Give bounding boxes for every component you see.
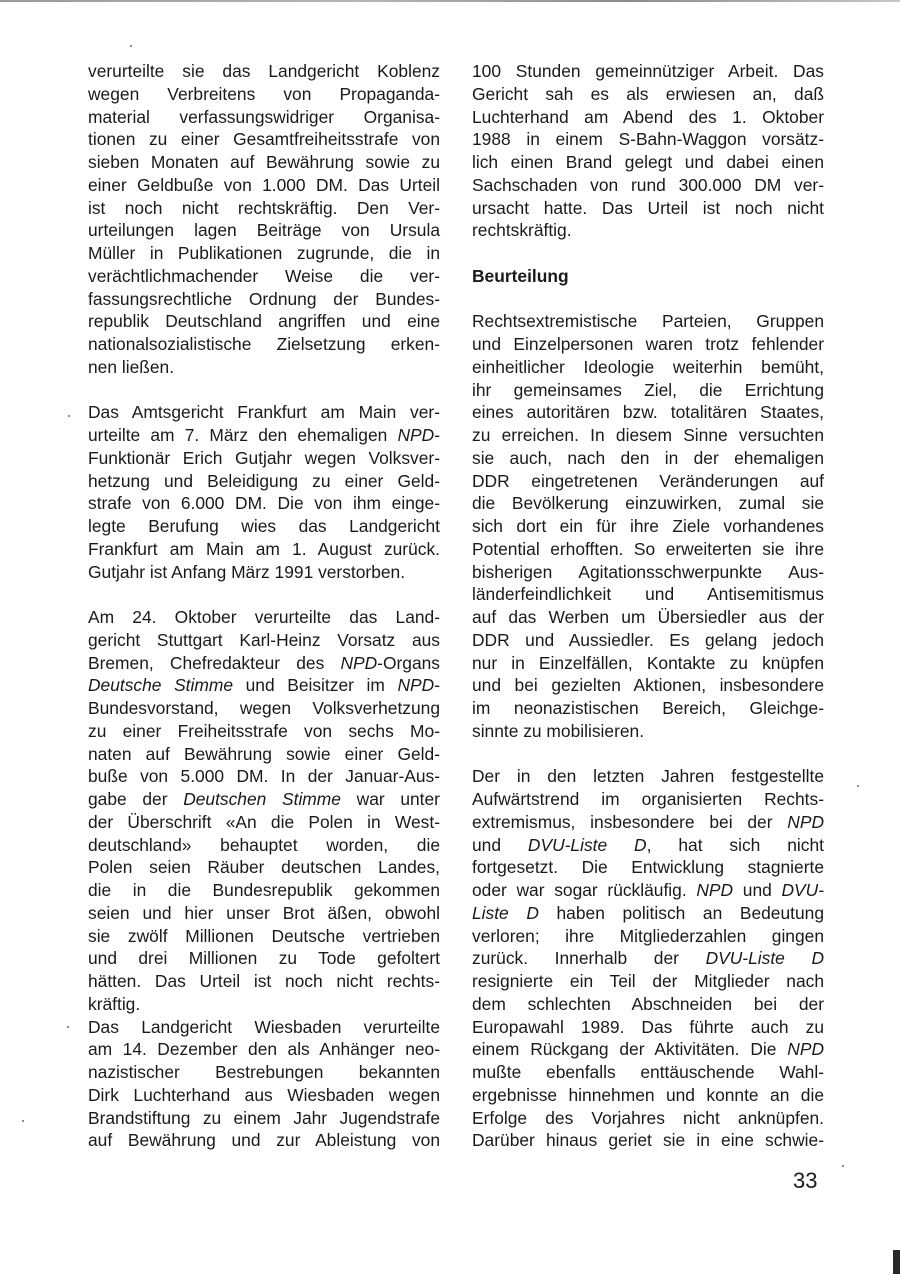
text-line: am 14. Dezember den als Anhänger neo- [88,1038,440,1061]
text-line: einheitlicher Ideologie weiterhin bemüht… [472,356,824,379]
page-number: 33 [793,1168,817,1194]
text-line-italic: zurück. Innerhalb der DVU-Liste D [472,947,824,970]
text-line: auf das Werben um Übersiedler aus der [472,606,824,629]
paragraph-stuttgart-verdict: Am 24. Oktober verurteilte das Land- ger… [88,606,440,1016]
paragraph-wiesbaden-verdict: Das Landgericht Wiesbaden verurteilte am… [88,1016,440,1153]
text-line: rechtskräftig. [472,219,824,242]
text-line: bisherigen Agitationsschwerpunkte Aus- [472,561,824,584]
text-line-italic: einem Rückgang der Aktivitäten. Die NPD [472,1038,824,1061]
text-line: Europawahl 1989. Das führte auch zu [472,1016,824,1039]
scan-speck [22,1120,24,1122]
paragraph-trend-assessment: Der in den letzten Jahren festgestellte … [472,765,824,1152]
text-line: Das Landgericht Wiesbaden verurteilte [88,1016,440,1039]
text-line: 100 Stunden gemeinnütziger Arbeit. Das [472,60,824,83]
text-line: sie zwölf Millionen Deutsche vertrieben [88,925,440,948]
paragraph-frankfurt-verdict: Das Amtsgericht Frankfurt am Main ver- u… [88,401,440,583]
text-line: legte Berufung wies das Landgericht [88,515,440,538]
text-line: Brandstiftung zu einem Jahr Jugendstrafe [88,1107,440,1130]
text-line: Darüber hinaus geriet sie in eine schwie… [472,1129,824,1152]
text-line: Erfolge des Vorjahres nicht anknüpfen. [472,1107,824,1130]
paragraph-gap [472,288,824,311]
paragraph-gap [88,379,440,402]
paragraph-koblenz-verdict: verurteilte sie das Landgericht Koblenz … [88,60,440,379]
text-line: DDR eingetretenen Veränderungen auf [472,470,824,493]
text-line: nen ließen. [88,356,440,379]
text-line-italic: oder war sogar rückläufig. NPD und DVU- [472,879,824,902]
scan-edge-marker [893,1250,900,1274]
scan-speck [68,415,70,417]
paragraph-gap [88,583,440,606]
text-line: sinnte zu mobilisieren. [472,720,824,743]
paragraph-luchterhand-continued: 100 Stunden gemeinnütziger Arbeit. Das G… [472,60,824,242]
text-line: naten auf Bewährung sowie einer Geld- [88,743,440,766]
text-line: nur in Einzelfällen, Kontakte zu knüpfen [472,652,824,675]
text-line: nazistischer Bestrebungen bekannten [88,1061,440,1084]
text-line: sich dort ein für ihre Ziele vorhandenes [472,515,824,538]
text-line: eines autoritären bzw. totalitären Staat… [472,401,824,424]
text-line: sieben Monaten auf Bewährung sowie zu [88,151,440,174]
text-line: Aufwärtstrend im organisierten Rechts- [472,788,824,811]
text-line: Funktionär Erich Gutjahr wegen Volksver- [88,447,440,470]
text-line-italic: Deutsche Stimme und Beisitzer im NPD- [88,674,440,697]
text-line: nationalsozialistische Zielsetzung erken… [88,333,440,356]
right-column: 100 Stunden gemeinnütziger Arbeit. Das G… [472,60,824,1152]
text-line: auf Bewährung und zur Ableistung von [88,1129,440,1152]
text-line: Müller in Publikationen zugrunde, die in [88,242,440,265]
text-line: Gutjahr ist Anfang März 1991 verstorben. [88,561,440,584]
scan-speck [842,1165,844,1167]
text-line: republik Deutschland angriffen und eine [88,310,440,333]
text-line-italic: gabe der Deutschen Stimme war unter [88,788,440,811]
text-line: gericht Stuttgart Karl-Heinz Vorsatz aus [88,629,440,652]
text-line: zu einer Freiheitsstrafe von sechs Mo- [88,720,440,743]
text-line-italic: extremismus, insbesondere bei der NPD [472,811,824,834]
text-line: ihr gemeinsames Ziel, die Errichtung [472,379,824,402]
text-line: einer Geldbuße von 1.000 DM. Das Urteil [88,174,440,197]
section-heading-beurteilung: Beurteilung [472,265,824,288]
text-line: dem schlechten Abschneiden bei der [472,993,824,1016]
text-line: Am 24. Oktober verurteilte das Land- [88,606,440,629]
text-line: Frankfurt am Main am 1. August zurück. [88,538,440,561]
text-line: material verfassungswidriger Organisa- [88,106,440,129]
text-line: Potential erhofften. So erweiterten sie … [472,538,824,561]
text-line: im neonazistischen Bereich, Gleichge- [472,697,824,720]
text-line: kräftig. [88,993,440,1016]
text-line: wegen Verbreitens von Propaganda- [88,83,440,106]
text-line: der Überschrift «An die Polen in West- [88,811,440,834]
text-line: Das Amtsgericht Frankfurt am Main ver- [88,401,440,424]
text-line: zu erreichen. In diesem Sinne versuchten [472,424,824,447]
text-line: urteilungen lagen Beiträge von Ursula [88,219,440,242]
text-line: fassungsrechtliche Ordnung der Bundes- [88,288,440,311]
text-line: Sachschaden von rund 300.000 DM ver- [472,174,824,197]
text-line: fortgesetzt. Die Entwicklung stagnierte [472,856,824,879]
paragraph-gap [472,743,824,766]
text-line: Luchterhand am Abend des 1. Oktober [472,106,824,129]
text-line: Gericht sah es als erwiesen an, daß [472,83,824,106]
text-line: hätten. Das Urteil ist noch nicht rechts… [88,970,440,993]
text-line: deutschland» behauptet worden, die [88,834,440,857]
text-line: Bundesvorstand, wegen Volksverhetzung [88,697,440,720]
text-line: 1988 in einem S-Bahn-Waggon vorsätz- [472,128,824,151]
text-line: verächtlichmachender Weise die ver- [88,265,440,288]
text-line: DDR und Aussiedler. Es gelang jedoch [472,629,824,652]
text-line: Polen seien Räuber deutschen Landes, [88,856,440,879]
text-line-italic: Liste D haben politisch an Bedeutung [472,902,824,925]
text-line: hetzung und Beleidigung zu einer Geld- [88,470,440,493]
text-line: lich einen Brand gelegt und dabei einen [472,151,824,174]
text-line: ursacht hatte. Das Urteil ist noch nicht [472,197,824,220]
text-line-italic: und DVU-Liste D, hat sich nicht [472,834,824,857]
text-line: seien und hier unser Brot äßen, obwohl [88,902,440,925]
text-line: und bei gezielten Aktionen, insbesondere [472,674,824,697]
text-line: verurteilte sie das Landgericht Koblenz [88,60,440,83]
text-line-italic: urteilte am 7. März den ehemaligen NPD- [88,424,440,447]
scan-speck [130,45,132,47]
text-line: Rechtsextremistische Parteien, Gruppen [472,310,824,333]
text-line: mußte ebenfalls enttäuschende Wahl- [472,1061,824,1084]
text-line: strafe von 6.000 DM. Die von ihm einge- [88,492,440,515]
text-line: länderfeindlichkeit und Antisemitismus [472,583,824,606]
paragraph-gap [472,242,824,265]
text-line: und Einzelpersonen waren trotz fehlender [472,333,824,356]
text-line-italic: Bremen, Chefredakteur des NPD-Organs [88,652,440,675]
paragraph-assessment-intro: Rechtsextremistische Parteien, Gruppen u… [472,310,824,742]
text-line: und drei Millionen zu Tode gefoltert [88,947,440,970]
text-line: die in die Bundesrepublik gekommen [88,879,440,902]
text-line: ist noch nicht rechtskräftig. Den Ver- [88,197,440,220]
text-line: ergebnisse hinnehmen und konnte an die [472,1084,824,1107]
scan-speck [857,785,859,787]
left-column: verurteilte sie das Landgericht Koblenz … [88,60,440,1152]
scan-speck [67,1026,69,1028]
text-line: Dirk Luchterhand aus Wiesbaden wegen [88,1084,440,1107]
text-line: tionen zu einer Gesamtfreiheitsstrafe vo… [88,128,440,151]
text-line: Der in den letzten Jahren festgestellte [472,765,824,788]
scan-top-edge [0,0,900,2]
text-line: sie auch, nach den in der ehemaligen [472,447,824,470]
text-line: buße von 5.000 DM. In der Januar-Aus- [88,765,440,788]
text-line: resignierte ein Teil der Mitglieder nach [472,970,824,993]
text-line: verloren; ihre Mitgliederzahlen gingen [472,925,824,948]
text-line: die Bevölkerung einzuwirken, zumal sie [472,492,824,515]
